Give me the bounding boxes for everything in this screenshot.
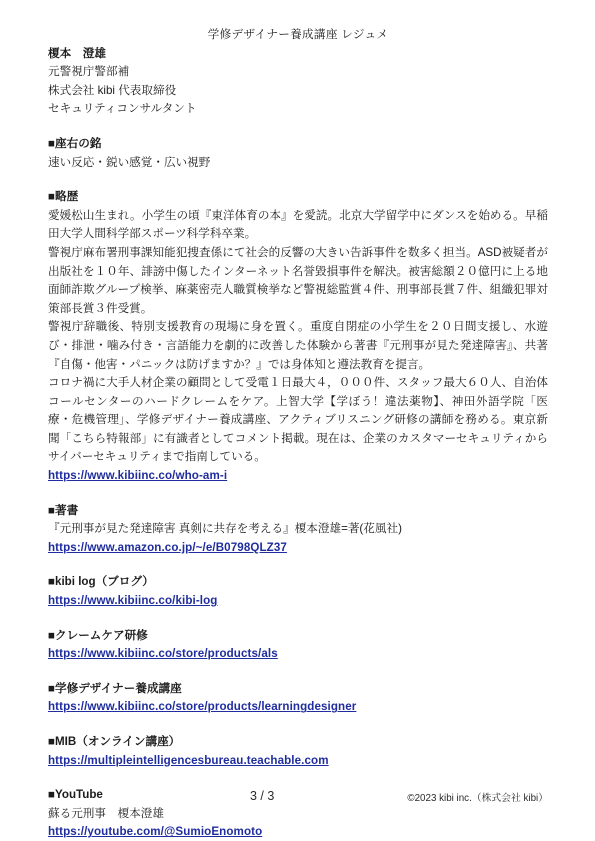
section-heading-claim-care: ■クレームケア研修 <box>48 627 548 646</box>
profile-role: 元警視庁警部補 <box>48 63 548 82</box>
section-heading-blog: ■kibi log（ブログ） <box>48 573 548 592</box>
section-heading-books: ■著書 <box>48 502 548 521</box>
career-paragraph: 愛媛松山生まれ。小学生の頃『東洋体育の本』を愛読。北京大学留学中にダンスを始める… <box>48 207 548 244</box>
section-career: ■略歴 愛媛松山生まれ。小学生の頃『東洋体育の本』を愛読。北京大学留学中にダンス… <box>48 188 548 486</box>
section-heading-mib: ■MIB（オンライン講座） <box>48 733 548 752</box>
profile-role: 株式会社 kibi 代表取締役 <box>48 82 548 101</box>
claim-care-link[interactable]: https://www.kibiinc.co/store/products/al… <box>48 645 278 664</box>
section-motto: ■座右の銘 速い反応・鋭い感覚・広い視野 <box>48 135 548 172</box>
career-paragraph: コロナ禍に大手人材企業の顧問として受電１日最大４，０００件、スタッフ最大６０人、… <box>48 374 548 467</box>
career-paragraph: 警視庁辞職後、特別支援教育の現場に身を置く。重度自閉症の小学生を２０日間支援し、… <box>48 318 548 374</box>
section-learning-designer-course: ■学修デザイナー養成講座 https://www.kibiinc.co/stor… <box>48 680 548 717</box>
section-books: ■著書 『元刑事が見た発達障害 真剣に共存を考える』榎本澄雄=著(花風社) ht… <box>48 502 548 558</box>
section-claim-care-training: ■クレームケア研修 https://www.kibiinc.co/store/p… <box>48 627 548 664</box>
motto-text: 速い反応・鋭い感覚・広い視野 <box>48 154 548 173</box>
page-footer: 3 / 3 ©2023 kibi inc.（株式会社 kibi） <box>0 785 595 807</box>
section-mib-online-course: ■MIB（オンライン講座） https://multipleintelligen… <box>48 733 548 770</box>
mib-teachable-link[interactable]: https://multipleintelligencesbureau.teac… <box>48 752 329 771</box>
document-title: 学修デザイナー養成講座 レジュメ <box>48 26 548 45</box>
book-title-text: 『元刑事が見た発達障害 真剣に共存を考える』榎本澄雄=著(花風社) <box>48 520 548 539</box>
profile-role: セキュリティコンサルタント <box>48 100 548 119</box>
profile-block: 榎本 澄雄 元警視庁警部補 株式会社 kibi 代表取締役 セキュリティコンサル… <box>48 45 548 119</box>
career-paragraph: 警視庁麻布署刑事課知能犯捜査係にて社会的反響の大きい告訴事件を数多く担当。ASD… <box>48 244 548 318</box>
amazon-author-link[interactable]: https://www.amazon.co.jp/~/e/B0798QLZ37 <box>48 539 287 558</box>
section-heading-learning-designer: ■学修デザイナー養成講座 <box>48 680 548 699</box>
copyright-text: ©2023 kibi inc.（株式会社 kibi） <box>407 790 548 809</box>
profile-name: 榎本 澄雄 <box>48 45 548 64</box>
youtube-channel-link[interactable]: https://youtube.com/@SumioEnomoto <box>48 823 262 841</box>
document-page: 学修デザイナー養成講座 レジュメ 榎本 澄雄 元警視庁警部補 株式会社 kibi… <box>0 0 595 841</box>
kibi-log-link[interactable]: https://www.kibiinc.co/kibi-log <box>48 592 218 611</box>
section-blog: ■kibi log（ブログ） https://www.kibiinc.co/ki… <box>48 573 548 610</box>
who-am-i-link[interactable]: https://www.kibiinc.co/who-am-i <box>48 467 227 486</box>
section-heading-motto: ■座右の銘 <box>48 135 548 154</box>
section-heading-career: ■略歴 <box>48 188 548 207</box>
learning-designer-link[interactable]: https://www.kibiinc.co/store/products/le… <box>48 698 356 717</box>
page-number: 3 / 3 <box>250 787 274 806</box>
